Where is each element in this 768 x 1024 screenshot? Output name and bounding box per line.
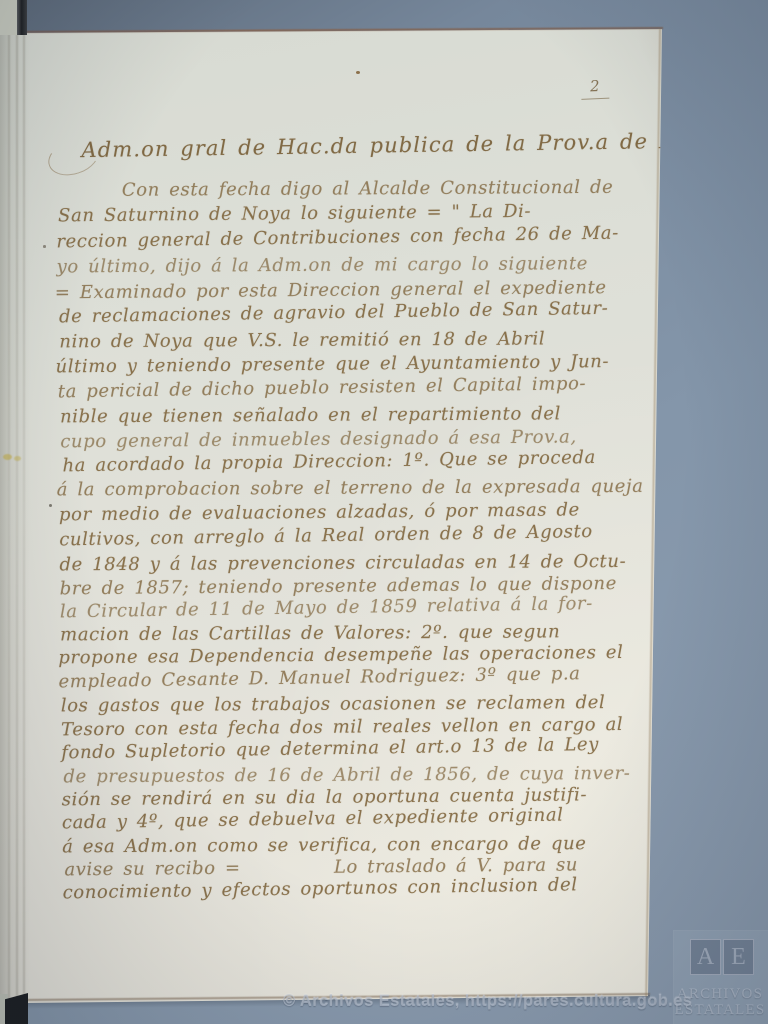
ae-logo-letter-a: A [690,939,721,975]
page-number: 2 [580,77,609,100]
archive-name-line-2: ESTATALES [672,1002,768,1019]
copyright-watermark: © Archivos Estatales, https://pares.cult… [283,992,692,1011]
binding-strip-top [17,0,27,35]
ae-logo-letter-e: E [723,939,754,975]
manuscript-line: Adm.on gral de Hac.da publica de la Prov… [81,127,768,162]
manuscript-line: nino de Noya que V.S. le remitió en 18 d… [59,327,545,354]
manuscript-line: yo último, dijo á la Adm.on de mi cargo … [57,252,589,279]
underlying-page-sliver [0,0,18,35]
manuscript-line: Con esta fecha digo al Alcalde Constituc… [122,176,614,203]
photograph-background: 2 Adm.on gral de Hac.da publica de la Pr… [0,0,768,1024]
archive-name-line-1: ARCHIVOS [672,986,768,1003]
